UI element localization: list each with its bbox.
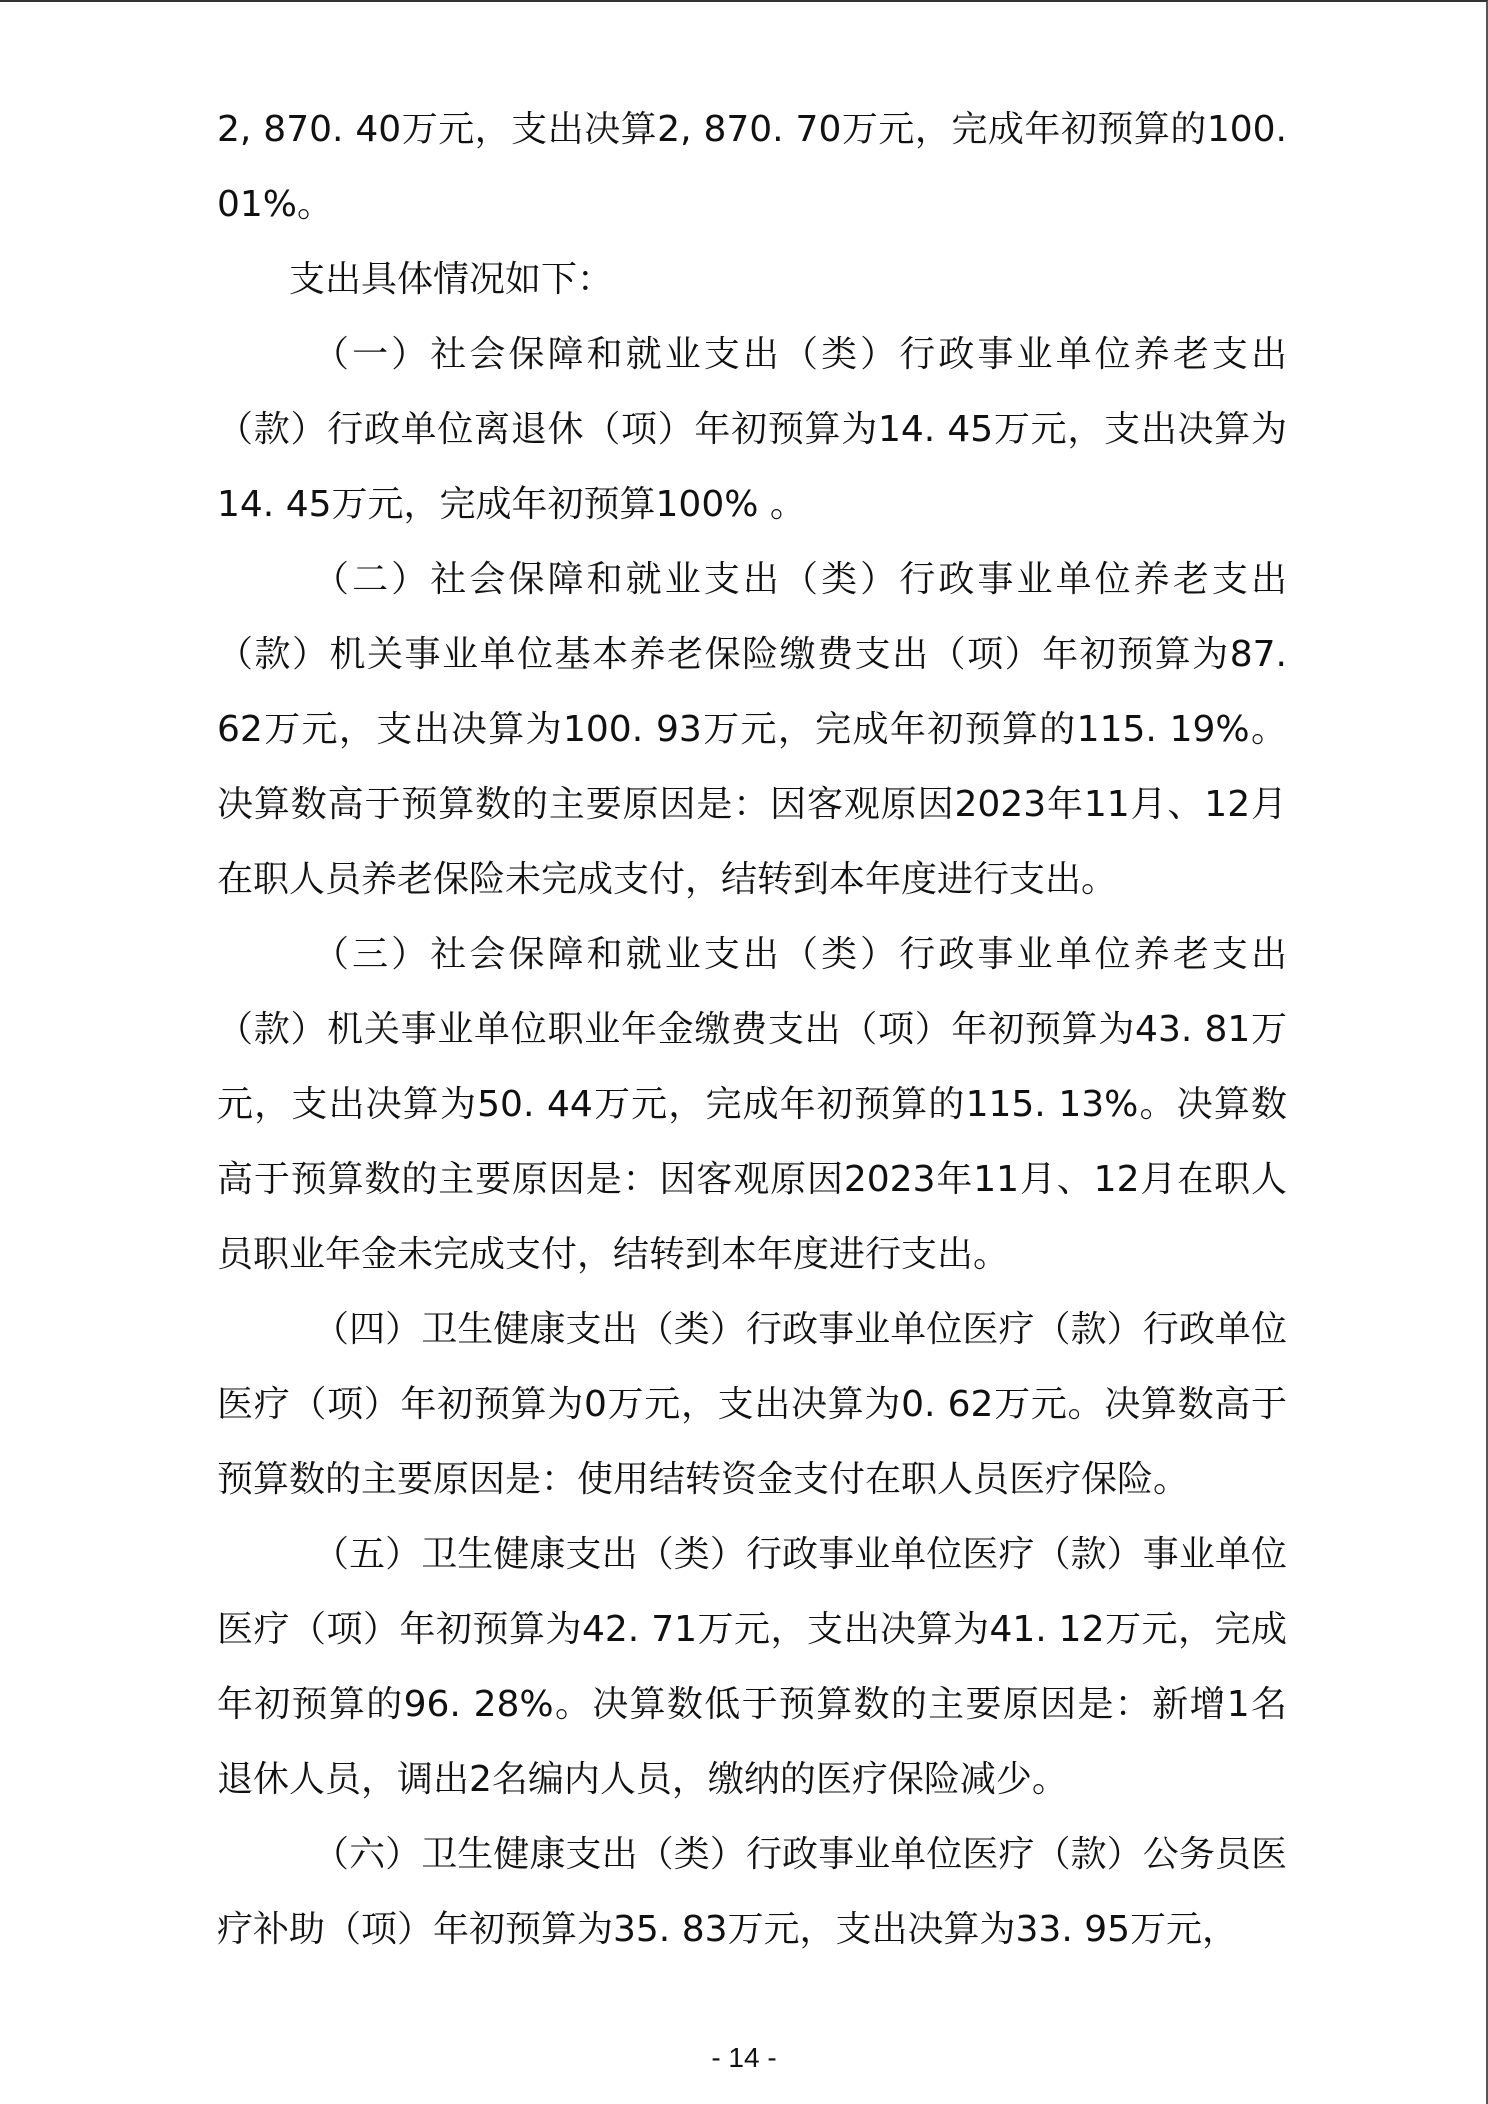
paragraph-item-2: （二）社会保障和就业支出（类）行政事业单位养老支出（款）机关事业单位基本养老保险…: [217, 542, 1287, 917]
page-number: - 14 -: [0, 2042, 1488, 2074]
document-page: 2, 870. 40万元，支出决算2, 870. 70万元，完成年初预算的100…: [0, 0, 1488, 2104]
paragraph-item-4: （四）卫生健康支出（类）行政事业单位医疗（款）行政单位医疗（项）年初预算为0万元…: [217, 1292, 1287, 1517]
paragraph-item-6: （六）卫生健康支出（类）行政事业单位医疗（款）公务员医疗补助（项）年初预算为35…: [217, 1817, 1287, 1967]
paragraph-item-5: （五）卫生健康支出（类）行政事业单位医疗（款）事业单位医疗（项）年初预算为42.…: [217, 1517, 1287, 1817]
paragraph-item-1: （一）社会保障和就业支出（类）行政事业单位养老支出（款）行政单位离退休（项）年初…: [217, 317, 1287, 542]
paragraph-intro-heading: 支出具体情况如下：: [217, 242, 1287, 317]
paragraph-intro-continued: 2, 870. 40万元，支出决算2, 870. 70万元，完成年初预算的100…: [217, 92, 1287, 242]
document-body: 2, 870. 40万元，支出决算2, 870. 70万元，完成年初预算的100…: [217, 92, 1287, 1967]
paragraph-item-3: （三）社会保障和就业支出（类）行政事业单位养老支出（款）机关事业单位职业年金缴费…: [217, 917, 1287, 1292]
